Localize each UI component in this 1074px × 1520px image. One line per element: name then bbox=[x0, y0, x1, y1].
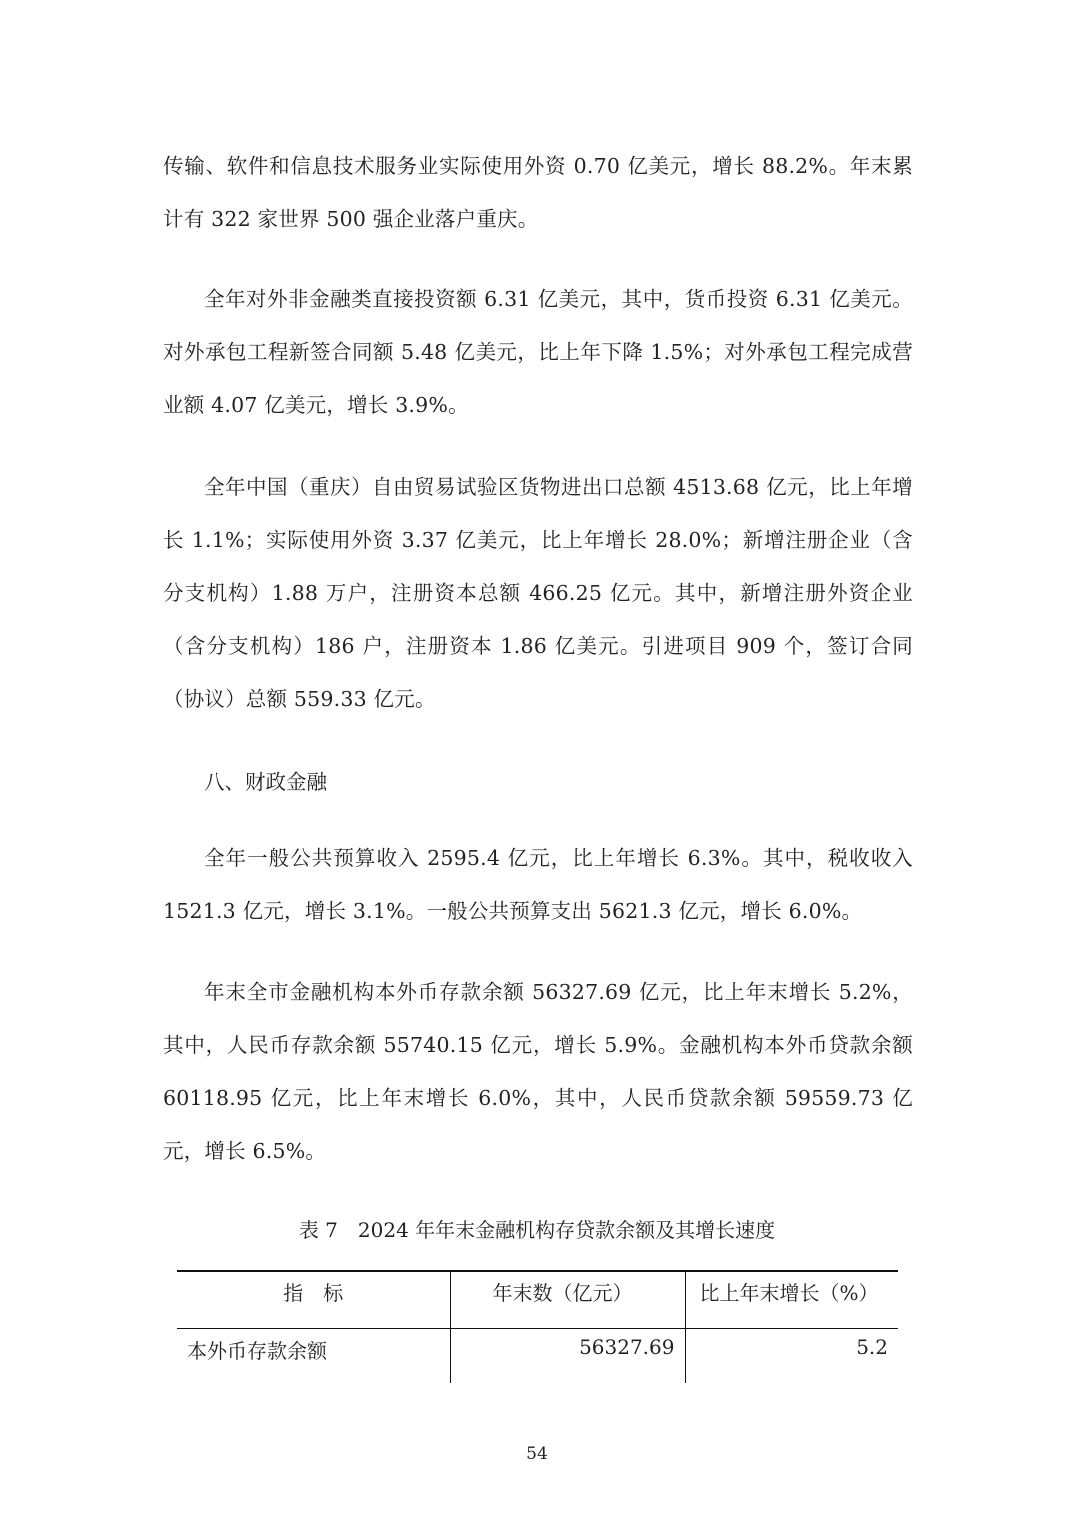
paragraph-free-trade-zone: 全年中国（重庆）自由贸易试验区货物进出口总额 4513.68 亿元，比上年增长 … bbox=[163, 461, 913, 726]
table-caption: 表 7 2024 年年末金融机构存贷款余额及其增长速度 bbox=[0, 1214, 1074, 1243]
column-header-year-end-value: 年末数（亿元） bbox=[450, 1271, 685, 1328]
paragraph-public-budget: 全年一般公共预算收入 2595.4 亿元，比上年增长 6.3%。其中，税收收入 … bbox=[163, 832, 913, 938]
table-header-row: 指 标 年末数（亿元） 比上年末增长（%） bbox=[177, 1271, 898, 1328]
section-heading: 八、财政金融 bbox=[204, 765, 327, 795]
paragraph-foreign-investment-tail: 传输、软件和信息技术服务业实际使用外资 0.70 亿美元，增长 88.2%。年末… bbox=[163, 140, 913, 246]
paragraph-financial-deposits-loans: 年末全市金融机构本外币存款余额 56327.69 亿元，比上年末增长 5.2%，… bbox=[163, 966, 913, 1178]
document-page: 传输、软件和信息技术服务业实际使用外资 0.70 亿美元，增长 88.2%。年末… bbox=[0, 0, 1074, 1520]
page-number: 54 bbox=[0, 1444, 1074, 1464]
cell-indicator: 本外币存款余额 bbox=[177, 1328, 450, 1383]
paragraph-outbound-investment: 全年对外非金融类直接投资额 6.31 亿美元，其中，货币投资 6.31 亿美元。… bbox=[163, 273, 913, 432]
column-header-growth-rate: 比上年末增长（%） bbox=[685, 1271, 898, 1328]
financial-deposits-table: 指 标 年末数（亿元） 比上年末增长（%） 本外币存款余额 56327.69 5… bbox=[177, 1270, 898, 1383]
cell-growth-rate: 5.2 bbox=[685, 1328, 898, 1383]
column-header-indicator: 指 标 bbox=[177, 1271, 450, 1328]
cell-year-end-value: 56327.69 bbox=[450, 1328, 685, 1383]
table-row: 本外币存款余额 56327.69 5.2 bbox=[177, 1328, 898, 1383]
